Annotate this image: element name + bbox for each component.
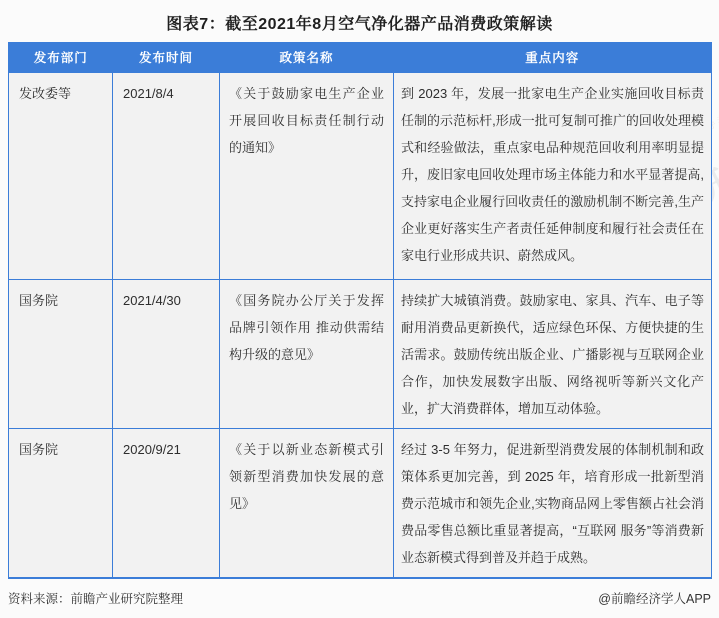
cell-content: 经过 3-5 年努力，促进新型消费发展的体制机制和政策体系更加完善，到 2025… xyxy=(394,428,712,578)
column-header-content: 重点内容 xyxy=(394,42,712,72)
cell-policy: 《关于鼓励家电生产企业开展回收目标责任制行动的通知》 xyxy=(220,72,394,279)
column-header-date: 发布时间 xyxy=(113,42,220,72)
cell-policy: 《关于以新业态新模式引领新型消费加快发展的意见》 xyxy=(220,428,394,578)
source-note: 资料来源：前瞻产业研究院整理 xyxy=(8,589,183,607)
table-header-row: 发布部门 发布时间 政策名称 重点内容 xyxy=(9,42,712,72)
page: 前瞻产业研究院 中国产业咨询领导者 前瞻产业研究院 前瞻产业研究院 中国产业咨询… xyxy=(0,0,719,618)
cell-content: 到 2023 年，发展一批家电生产企业实施回收目标责任制的示范标杆,形成一批可复… xyxy=(394,72,712,279)
cell-dept: 发改委等 xyxy=(9,72,113,279)
cell-date: 2021/8/4 xyxy=(113,72,220,279)
brand-credit: @前瞻经济学人APP xyxy=(598,589,711,607)
cell-policy: 《国务院办公厅关于发挥品牌引领作用 推动供需结构升级的意见》 xyxy=(220,279,394,428)
cell-content: 持续扩大城镇消费。鼓励家电、家具、汽车、电子等耐用消费品更新换代，适应绿色环保、… xyxy=(394,279,712,428)
table-row: 国务院 2021/4/30 《国务院办公厅关于发挥品牌引领作用 推动供需结构升级… xyxy=(9,279,712,428)
table-row: 发改委等 2021/8/4 《关于鼓励家电生产企业开展回收目标责任制行动的通知》… xyxy=(9,72,712,279)
cell-dept: 国务院 xyxy=(9,428,113,578)
policy-table: 发布部门 发布时间 政策名称 重点内容 发改委等 2021/8/4 《关于鼓励家… xyxy=(8,42,712,579)
column-header-policy: 政策名称 xyxy=(220,42,394,72)
table-row: 国务院 2020/9/21 《关于以新业态新模式引领新型消费加快发展的意见》 经… xyxy=(9,428,712,578)
column-header-dept: 发布部门 xyxy=(9,42,113,72)
cell-dept: 国务院 xyxy=(9,279,113,428)
cell-date: 2021/4/30 xyxy=(113,279,220,428)
cell-date: 2020/9/21 xyxy=(113,428,220,578)
page-title: 图表7：截至2021年8月空气净化器产品消费政策解读 xyxy=(0,11,719,34)
